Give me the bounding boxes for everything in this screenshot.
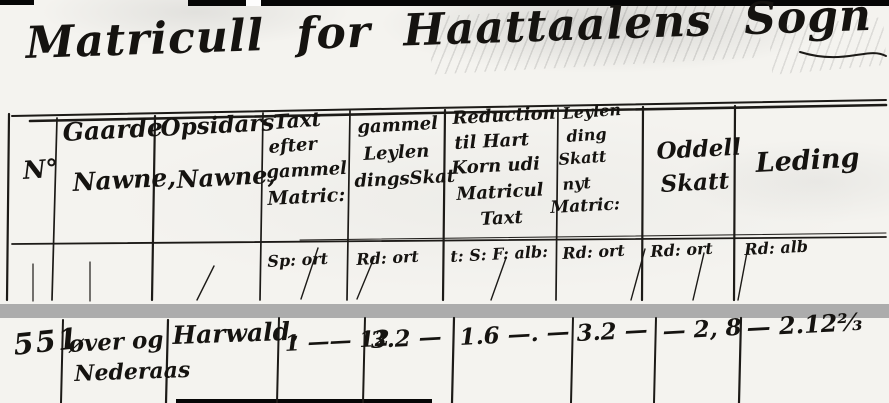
col-header-opsiders-line1: Opsidars bbox=[160, 111, 275, 140]
col-header-nyskat-line4: nyt bbox=[562, 175, 591, 193]
unit-nyskat: Rd: ort bbox=[562, 243, 625, 262]
row-value-opsider: Harwald, bbox=[172, 319, 299, 348]
row-value-nyskat: 3.2 — bbox=[576, 318, 648, 345]
col-header-gaarde-line1: Gaarde bbox=[62, 115, 163, 145]
col-header-oddell-line1: Oddell bbox=[656, 136, 741, 163]
row-value-reduction: 1.6 —. — bbox=[459, 320, 570, 349]
col-header-gaarde-line2: Nawne, bbox=[72, 165, 177, 195]
row-value-leding: — 2.12⅔ bbox=[746, 310, 863, 340]
col-header-taxt-line1: Taxt bbox=[273, 109, 321, 132]
col-header-taxt-line4: Matric: bbox=[267, 186, 346, 209]
row-value-gaarde-line1: øver og bbox=[68, 328, 164, 356]
col-header-taxt-line3: gammel bbox=[266, 160, 347, 182]
col-header-gammelskat-line2: Leylen bbox=[363, 143, 430, 164]
col-header-opsiders-line2: Nawne, bbox=[176, 163, 276, 192]
unit-taxt: Sp: ort bbox=[267, 251, 328, 270]
col-header-nyskat-line3: Skatt bbox=[558, 149, 607, 168]
unit-gammelskat: Rd: ort bbox=[356, 249, 419, 268]
row-value-gammelskat: 3.2 — bbox=[370, 325, 442, 352]
unit-oddell: Rd: ort bbox=[650, 241, 713, 260]
col-header-no: N° bbox=[22, 156, 59, 183]
row-value-gaarde-line2: Nederaas bbox=[74, 359, 191, 385]
col-header-reduction-line5: Taxt bbox=[480, 209, 523, 229]
col-header-gammelskat-line3: dingsSkat bbox=[354, 168, 455, 191]
col-header-gammelskat-line1: gammel bbox=[357, 115, 438, 137]
col-header-taxt-line2: efter bbox=[268, 136, 318, 157]
col-header-leding: Leding bbox=[755, 145, 860, 177]
col-header-nyskat-line2: ding bbox=[566, 126, 607, 145]
col-header-reduction-line2: til Hart bbox=[454, 131, 530, 153]
col-header-nyskat-line1: Leylen bbox=[562, 102, 622, 122]
col-header-oddell-line2: Skatt bbox=[660, 169, 730, 196]
col-header-nyskat-line5: Matric: bbox=[550, 196, 621, 217]
unit-leding: Rd: alb bbox=[744, 239, 808, 258]
col-header-reduction-line4: Matricul bbox=[456, 181, 544, 204]
col-header-reduction-line3: Korn udi bbox=[451, 155, 540, 178]
row-value-oddell: — 2, 8 bbox=[662, 316, 742, 343]
manuscript-page: Matricull for Haattaalens Sogn N° Gaarde… bbox=[0, 0, 889, 403]
